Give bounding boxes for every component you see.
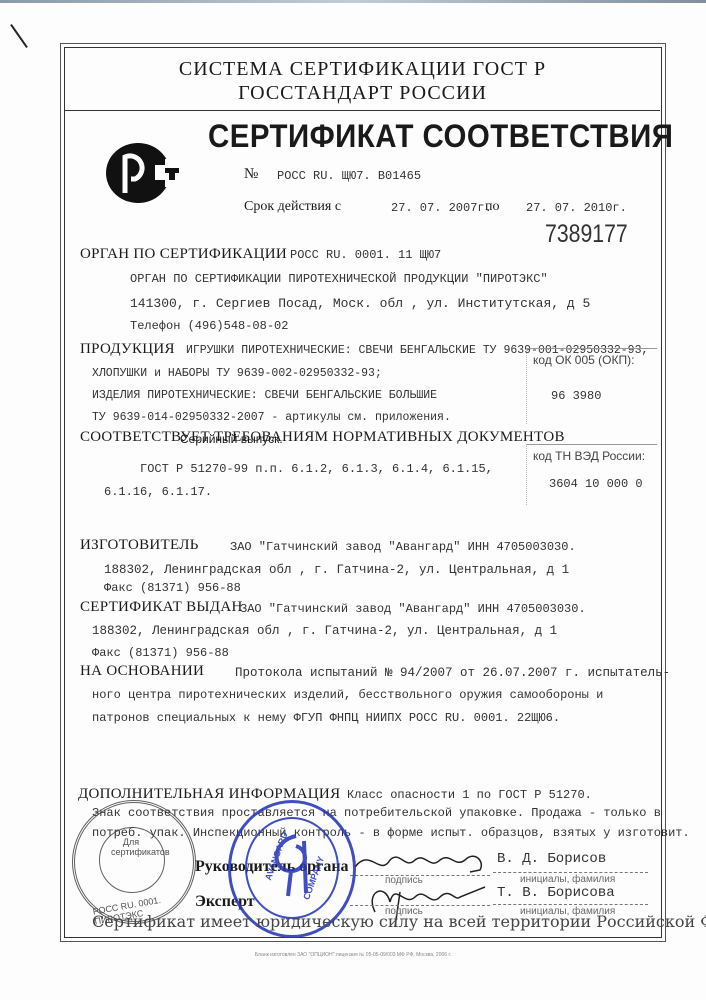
tnved-value: 3604 10 000 0 xyxy=(549,477,643,491)
certification-body-stamp: Для сертификатов РОСС RU. 0001. ПИРОТЭКС xyxy=(72,800,196,924)
head-name-line xyxy=(493,872,648,873)
okp-value: 96 3980 xyxy=(551,389,601,403)
additional-line: Класс опасности 1 по ГОСТ Р 51270. xyxy=(347,788,592,802)
organ-line: Телефон (496)548-08-02 xyxy=(130,319,288,333)
okp-code-box: код ОК 005 (ОКП): 96 3980 xyxy=(526,348,657,424)
product-line: ИЗДЕЛИЯ ПИРОТЕХНИЧЕСКИЕ: СВЕЧИ БЕНГАЛЬСК… xyxy=(92,389,437,402)
validity-label: Срок действия с xyxy=(244,199,341,215)
organ-line: ОРГАН ПО СЕРТИФИКАЦИИ ПИРОТЕХНИЧЕСКОЙ ПР… xyxy=(130,272,548,286)
expert-name-line xyxy=(493,904,648,905)
product-label: ПРОДУКЦИЯ xyxy=(80,341,175,358)
issued-to-label: СЕРТИФИКАТ ВЫДАН xyxy=(80,599,243,616)
footer-print-note: Бланк изготовлен ЗАО "ОПЦИОН" лицензия №… xyxy=(0,952,706,958)
basis-line: ного центра пиротехнических изделий, бес… xyxy=(92,688,603,702)
pen-mark xyxy=(10,24,28,48)
issued-to-name: ЗАО "Гатчинский завод "Авангард" ИНН 470… xyxy=(240,602,586,616)
stamp-emblem-icon xyxy=(266,831,316,901)
organ-code: РОСС RU. 0001. 11 ЩЮ7 xyxy=(290,248,441,262)
valid-to: 27. 07. 2010г. xyxy=(526,201,627,215)
blank-number: 7389177 xyxy=(545,220,628,249)
tnved-caption: код ТН ВЭД России: xyxy=(533,449,645,463)
certificate-number: РОСС RU. ЩЮ7. В01465 xyxy=(277,169,421,183)
manufacturer-fax: Факс (81371) 956-88 xyxy=(104,581,241,595)
expert-name: Т. В. Борисова xyxy=(497,885,615,901)
stamp-center-text: Для сертификатов xyxy=(111,837,151,857)
header-divider xyxy=(65,110,660,111)
conformity-line: 6.1.16, 6.1.17. xyxy=(104,485,212,499)
system-title: СИСТЕМА СЕРТИФИКАЦИИ ГОСТ Р xyxy=(65,58,660,81)
organ-label: ОРГАН ПО СЕРТИФИКАЦИИ xyxy=(80,246,287,263)
basis-line: патронов специальных к нему ФГУП ФНПЦ НИ… xyxy=(92,711,560,725)
head-name: В. Д. Борисов xyxy=(497,851,606,867)
conformity-label: СООТВЕТСТВУЕТ ТРЕБОВАНИЯМ НОРМАТИВНЫХ ДО… xyxy=(80,429,565,446)
certificate-title: СЕРТИФИКАТ СООТВЕТСТВИЯ xyxy=(208,118,673,155)
system-subtitle: ГОССТАНДАРТ РОССИИ xyxy=(65,82,660,105)
okp-caption: код ОК 005 (ОКП): xyxy=(533,353,634,367)
conformity-line: ГОСТ Р 51270-99 п.п. 6.1.2, 6.1.3, 6.1.4… xyxy=(140,462,493,476)
manufacturer-address: 188302, Ленинградская обл , г. Гатчина-2… xyxy=(104,563,569,577)
manufacturer-name: ЗАО "Гатчинский завод "Авангард" ИНН 470… xyxy=(230,540,576,554)
validity-to-label: по xyxy=(485,199,500,215)
basis-line: Протокола испытаний № 94/2007 от 26.07.2… xyxy=(235,666,670,680)
tnved-code-box: код ТН ВЭД России: 3604 10 000 0 xyxy=(526,444,657,505)
product-line: ХЛОПУШКИ и НАБОРЫ ТУ 9639-002-02950332-9… xyxy=(92,367,382,380)
product-line: ТУ 9639-014-02950332-2007 - артикулы см.… xyxy=(92,411,451,424)
issued-to-address: 188302, Ленинградская обл , г. Гатчина-2… xyxy=(92,624,557,638)
scan-edge xyxy=(0,0,706,3)
validity-note: Сертификат имеет юридическую силу на все… xyxy=(92,912,706,931)
basis-label: НА ОСНОВАНИИ xyxy=(80,663,204,680)
rst-logo-icon xyxy=(105,135,185,205)
valid-from: 27. 07. 2007г. xyxy=(391,201,492,215)
number-label: № xyxy=(244,166,258,183)
organ-line: 141300, г. Сергиев Посад, Моск. обл , ул… xyxy=(130,296,590,311)
head-name-caption: инициалы, фамилия xyxy=(520,874,615,885)
manufacturer-label: ИЗГОТОВИТЕЛЬ xyxy=(80,537,199,554)
issued-to-fax: Факс (81371) 956-88 xyxy=(92,646,229,660)
